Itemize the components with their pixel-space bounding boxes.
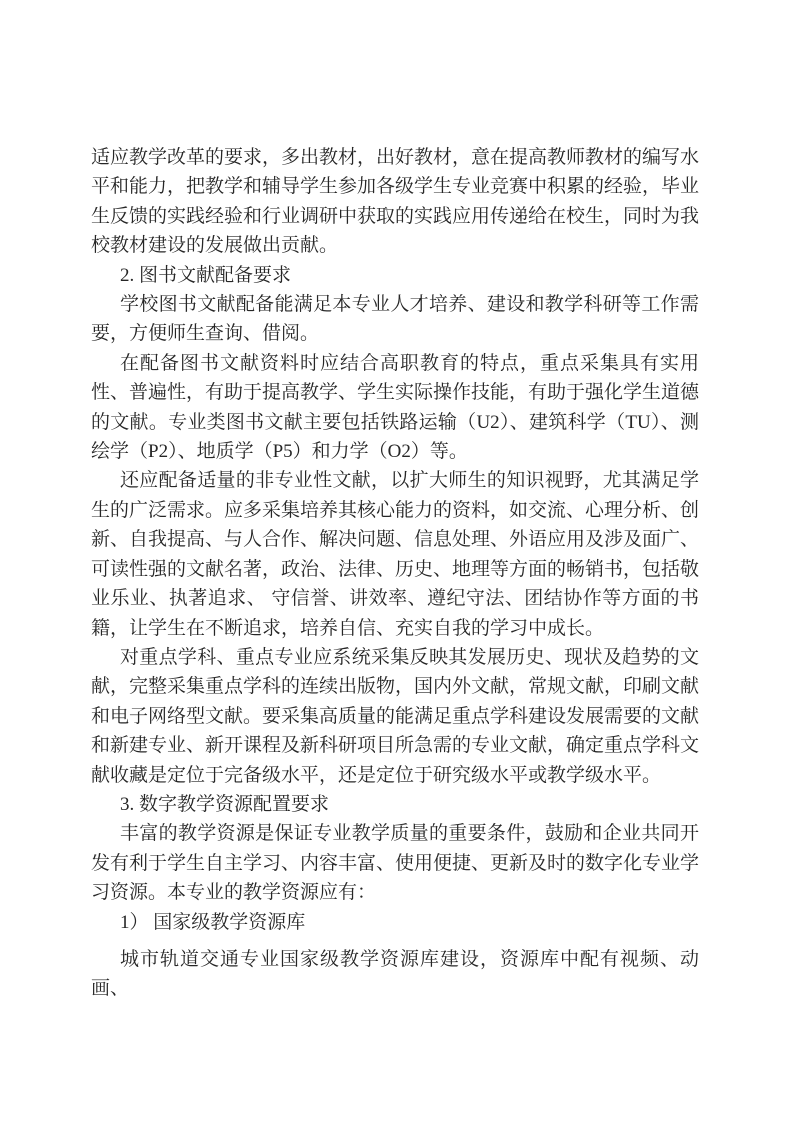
document-page: 适应教学改革的要求，多出教材，出好教材，意在提高教师教材的编写水平和能力，把教学… <box>0 0 794 1123</box>
heading-section-3-digital-resources: 3. 数字教学资源配置要求 <box>91 790 699 819</box>
paragraph-collection-focus: 在配备图书文献资料时应结合高职教育的特点，重点采集具有实用性、普遍性，有助于提高… <box>91 349 699 467</box>
paragraph-nonprofessional-literature: 还应配备适量的非专业性文献，以扩大师生的知识视野，尤其满足学生的广泛需求。应多采… <box>91 466 699 642</box>
paragraph-resource-library-content: 城市轨道交通专业国家级教学资源库建设，资源库中配有视频、动画、 <box>91 945 699 1004</box>
paragraph-library-capability: 学校图书文献配备能满足本专业人才培养、建设和教学科研等工作需要，方便师生查询、借… <box>91 290 699 349</box>
list-item-national-resource-library: 1） 国家级教学资源库 <box>91 908 699 937</box>
paragraph-key-disciplines: 对重点学科、重点专业应系统采集反映其发展历史、现状及趋势的文献，完整采集重点学科… <box>91 643 699 790</box>
paragraph-digital-resource-development: 丰富的教学资源是保证专业教学质量的重要条件，鼓励和企业共同开发有利于学生自主学习… <box>91 819 699 907</box>
paragraph-textbook-contribution: 适应教学改革的要求，多出教材，出好教材，意在提高教师教材的编写水平和能力，把教学… <box>91 143 699 261</box>
document-body: 适应教学改革的要求，多出教材，出好教材，意在提高教师教材的编写水平和能力，把教学… <box>91 143 699 1004</box>
heading-section-2-library-documents: 2. 图书文献配备要求 <box>91 261 699 290</box>
